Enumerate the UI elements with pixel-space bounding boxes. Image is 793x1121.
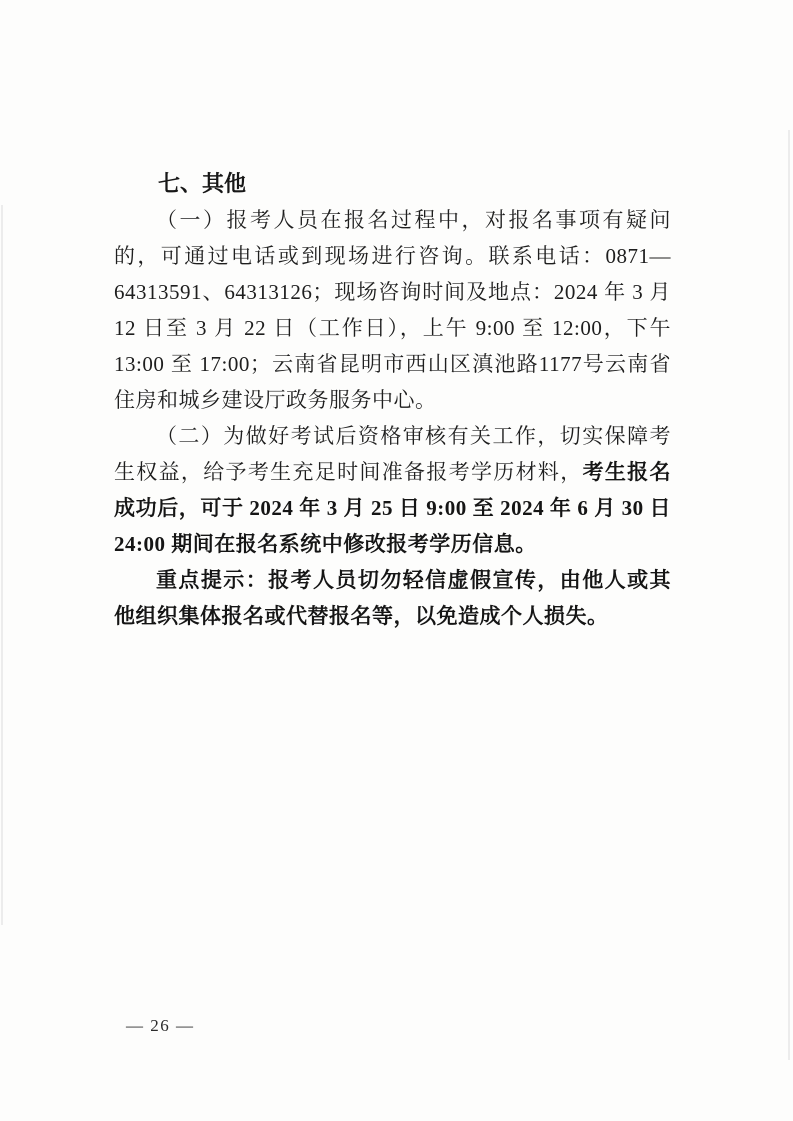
document-page: 七、其他 （一）报考人员在报名过程中，对报名事项有疑问的，可通过电话或到现场进行… — [0, 0, 793, 1121]
paragraph-qualification-review: （二）为做好考试后资格审核有关工作，切实保障考生权益，给予考生充足时间准备报考学… — [114, 418, 671, 562]
page-number: — 26 — — [126, 1016, 195, 1036]
paragraph-text: （一）报考人员在报名过程中，对报名事项有疑问的，可通过电话或到现场进行咨询。联系… — [114, 208, 671, 412]
paragraph-text-bold: 重点提示：报考人员切勿轻信虚假宣传，由他人或其他组织集体报名或代替报名等，以免造… — [114, 568, 671, 628]
scan-edge-left — [1, 205, 3, 925]
paragraph-key-notice: 重点提示：报考人员切勿轻信虚假宣传，由他人或其他组织集体报名或代替报名等，以免造… — [114, 562, 671, 634]
section-heading: 七、其他 — [114, 166, 671, 202]
paragraph-contact-consultation: （一）报考人员在报名过程中，对报名事项有疑问的，可通过电话或到现场进行咨询。联系… — [114, 202, 671, 418]
scan-edge-right — [788, 130, 790, 1060]
document-content: 七、其他 （一）报考人员在报名过程中，对报名事项有疑问的，可通过电话或到现场进行… — [114, 166, 671, 634]
